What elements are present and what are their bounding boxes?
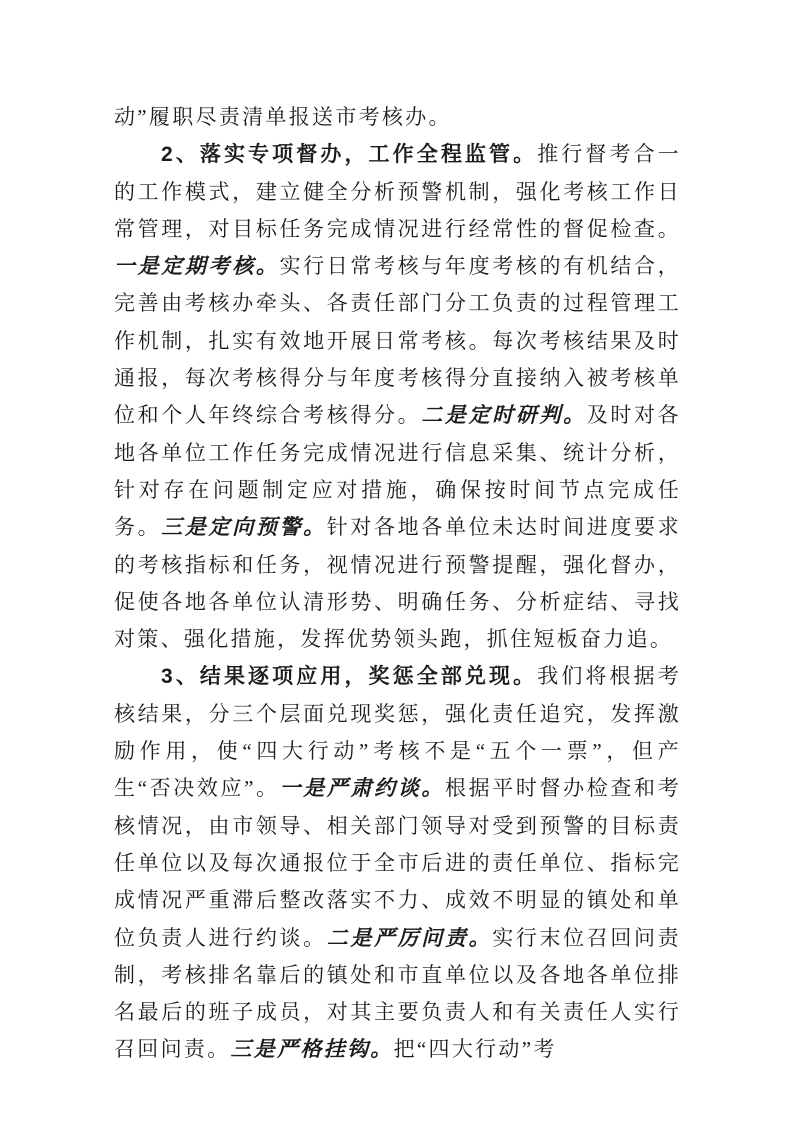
paragraph-heading-text: 2、落实专项督办，工作全程监管。 xyxy=(161,143,537,166)
paragraph-body-text: 把“四大行动”考 xyxy=(394,1037,557,1061)
paragraph-emphasis-text: 一是定期考核。 xyxy=(114,254,279,278)
paragraph-emphasis-text: 二是定时研判。 xyxy=(421,403,586,427)
paragraph-body-text: 根据平时督办检查和考核情况，由市领导、相关部门领导对受到预警的目标责任单位以及每… xyxy=(114,776,681,949)
paragraph-emphasis-text: 一是严肃约谈。 xyxy=(280,776,445,800)
document-page: 动”履职尽责清单报送市考核办。2、落实专项督办，工作全程监管。推行督考合一的工作… xyxy=(0,0,793,1122)
paragraph-body-text: 动”履职尽责清单报送市考核办。 xyxy=(114,105,452,129)
paragraph: 3、结果逐项应用，奖惩全部兑现。我们将根据考核结果，分三个层面兑现奖惩，强化责任… xyxy=(114,658,681,1068)
paragraph-heading-text: 3、结果逐项应用，奖惩全部兑现。 xyxy=(161,665,537,688)
paragraph-emphasis-text: 三是定向预警。 xyxy=(161,515,326,539)
paragraph-body-text: 实行日常考核与年度考核的有机结合，完善由考核办牵头、各责任部门分工负责的过程管理… xyxy=(114,254,681,427)
document-body: 动”履职尽责清单报送市考核办。2、落实专项督办，工作全程监管。推行督考合一的工作… xyxy=(114,99,681,1069)
paragraph-emphasis-text: 三是严格挂钩。 xyxy=(231,1037,394,1061)
paragraph: 动”履职尽责清单报送市考核办。 xyxy=(114,99,681,136)
paragraph: 2、落实专项督办，工作全程监管。推行督考合一的工作模式，建立健全分析预警机制，强… xyxy=(114,136,681,658)
paragraph-emphasis-text: 二是严厉问责。 xyxy=(327,926,492,950)
